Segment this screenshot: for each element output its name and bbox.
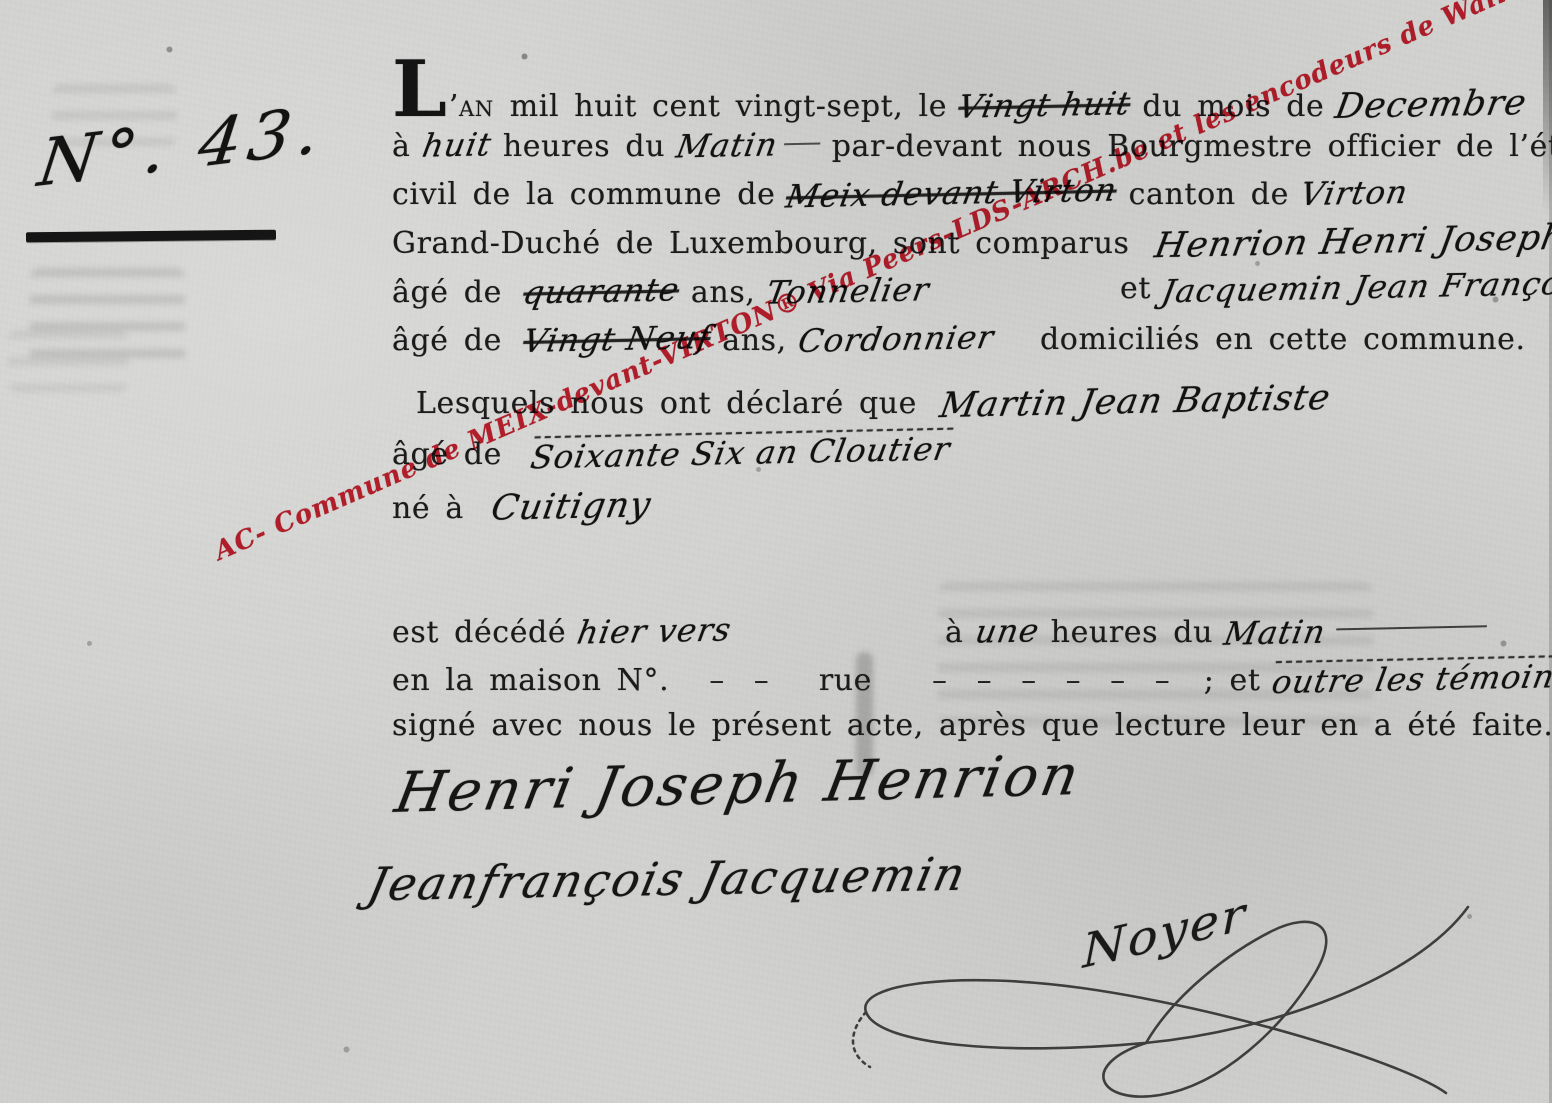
printed-text: ans,: [691, 275, 756, 310]
printed-text: civil de la commune de: [392, 177, 775, 212]
record-line-commune: civil de la commune de Meix devant Virto…: [392, 174, 1420, 212]
record-line-witness2-intro: et Jacquemin Jean François: [1120, 268, 1552, 306]
paper-specks: [0, 0, 3, 3]
printed-text: à: [945, 615, 964, 650]
handwritten-declarant2-name: Jacquemin Jean François: [1159, 264, 1552, 311]
printed-text: heures du: [503, 129, 665, 164]
handwritten-day: Vingt huit: [955, 84, 1133, 126]
printed-text: mil huit cent vingt-sept, le: [510, 89, 947, 124]
record-line-house: en la maison N°. – – rue – – – – – – ; e…: [392, 660, 1552, 698]
bleedthrough-smudge: [30, 268, 185, 366]
record-line-hour: à huit heures du Matin par-devant nous B…: [392, 126, 1552, 164]
printed-text: Grand-Duché de Luxembourg, sont comparus: [392, 226, 1130, 261]
record-line-year: L ’an mil huit cent vingt-sept, le Vingt…: [392, 60, 1539, 125]
handwritten-moment: Matin: [674, 125, 824, 166]
record-line-death-hour: à une heures du Matin: [945, 612, 1498, 650]
record-line-death: est décédé hier vers: [392, 612, 743, 650]
handwritten-death-day: hier vers: [575, 610, 735, 651]
record-line-closing: signé avec nous le présent acte, après q…: [392, 708, 1552, 743]
handwritten-witness-mention: outre les témoins: [1269, 657, 1552, 701]
handwritten-death-hour: une: [972, 611, 1042, 650]
printed-text: ; et: [1204, 663, 1261, 698]
printed-text: né à: [392, 491, 464, 526]
handwritten-canton: Virton: [1297, 173, 1411, 213]
record-line-domicile: domiciliés en cette commune.: [1040, 322, 1538, 357]
handwritten-hour: huit: [419, 125, 494, 164]
printed-text: signé avec nous le présent acte, après q…: [392, 708, 1552, 743]
dropcap-initial: L: [392, 60, 447, 121]
handwritten-birthplace: Cuitigny: [488, 485, 654, 528]
handwritten-death-moment: Matin: [1221, 609, 1489, 652]
handwritten-deceased-name: Martin Jean Baptiste: [937, 378, 1334, 426]
handwritten-deceased-age-occupation: Soixante Six an Cloutier: [528, 430, 953, 477]
printed-text: domiciliés en cette commune.: [1040, 322, 1526, 357]
handwritten-month: Decembre: [1333, 83, 1531, 127]
witness1-signature: Henri Joseph Henrion: [390, 743, 1086, 826]
death-record-scan: N°. 43. L ’an mil huit cent vingt-sept, …: [0, 0, 1552, 1103]
officer-signature-flourish: [840, 895, 1500, 1103]
act-number: N°. 43.: [34, 91, 330, 202]
bleedthrough-smudge: [938, 582, 1373, 727]
printed-text: heures du: [1051, 615, 1213, 650]
record-line-birthplace: né à Cuitigny: [392, 487, 662, 527]
printed-text: est décédé: [392, 615, 566, 650]
handwritten-age1: quarante: [520, 270, 682, 311]
handwritten-declarant1-name: Henrion Henri Joseph: [1151, 218, 1552, 267]
printed-dashes: – – – – – –: [932, 663, 1180, 698]
printed-text: âgé de: [392, 323, 502, 358]
bleedthrough-smudge: [8, 330, 128, 392]
printed-text: âgé de: [392, 275, 502, 310]
printed-text: et: [1120, 271, 1151, 306]
printed-dashes: – –: [709, 663, 779, 698]
printed-text: à: [392, 129, 411, 164]
printed-text: ’an: [449, 89, 494, 124]
handwritten-profession2: Cordonnier: [795, 318, 997, 360]
act-number-underline: [26, 230, 276, 243]
printed-text: rue: [819, 663, 872, 698]
printed-text: canton de: [1129, 177, 1289, 212]
printed-text: en la maison N°.: [392, 663, 669, 698]
